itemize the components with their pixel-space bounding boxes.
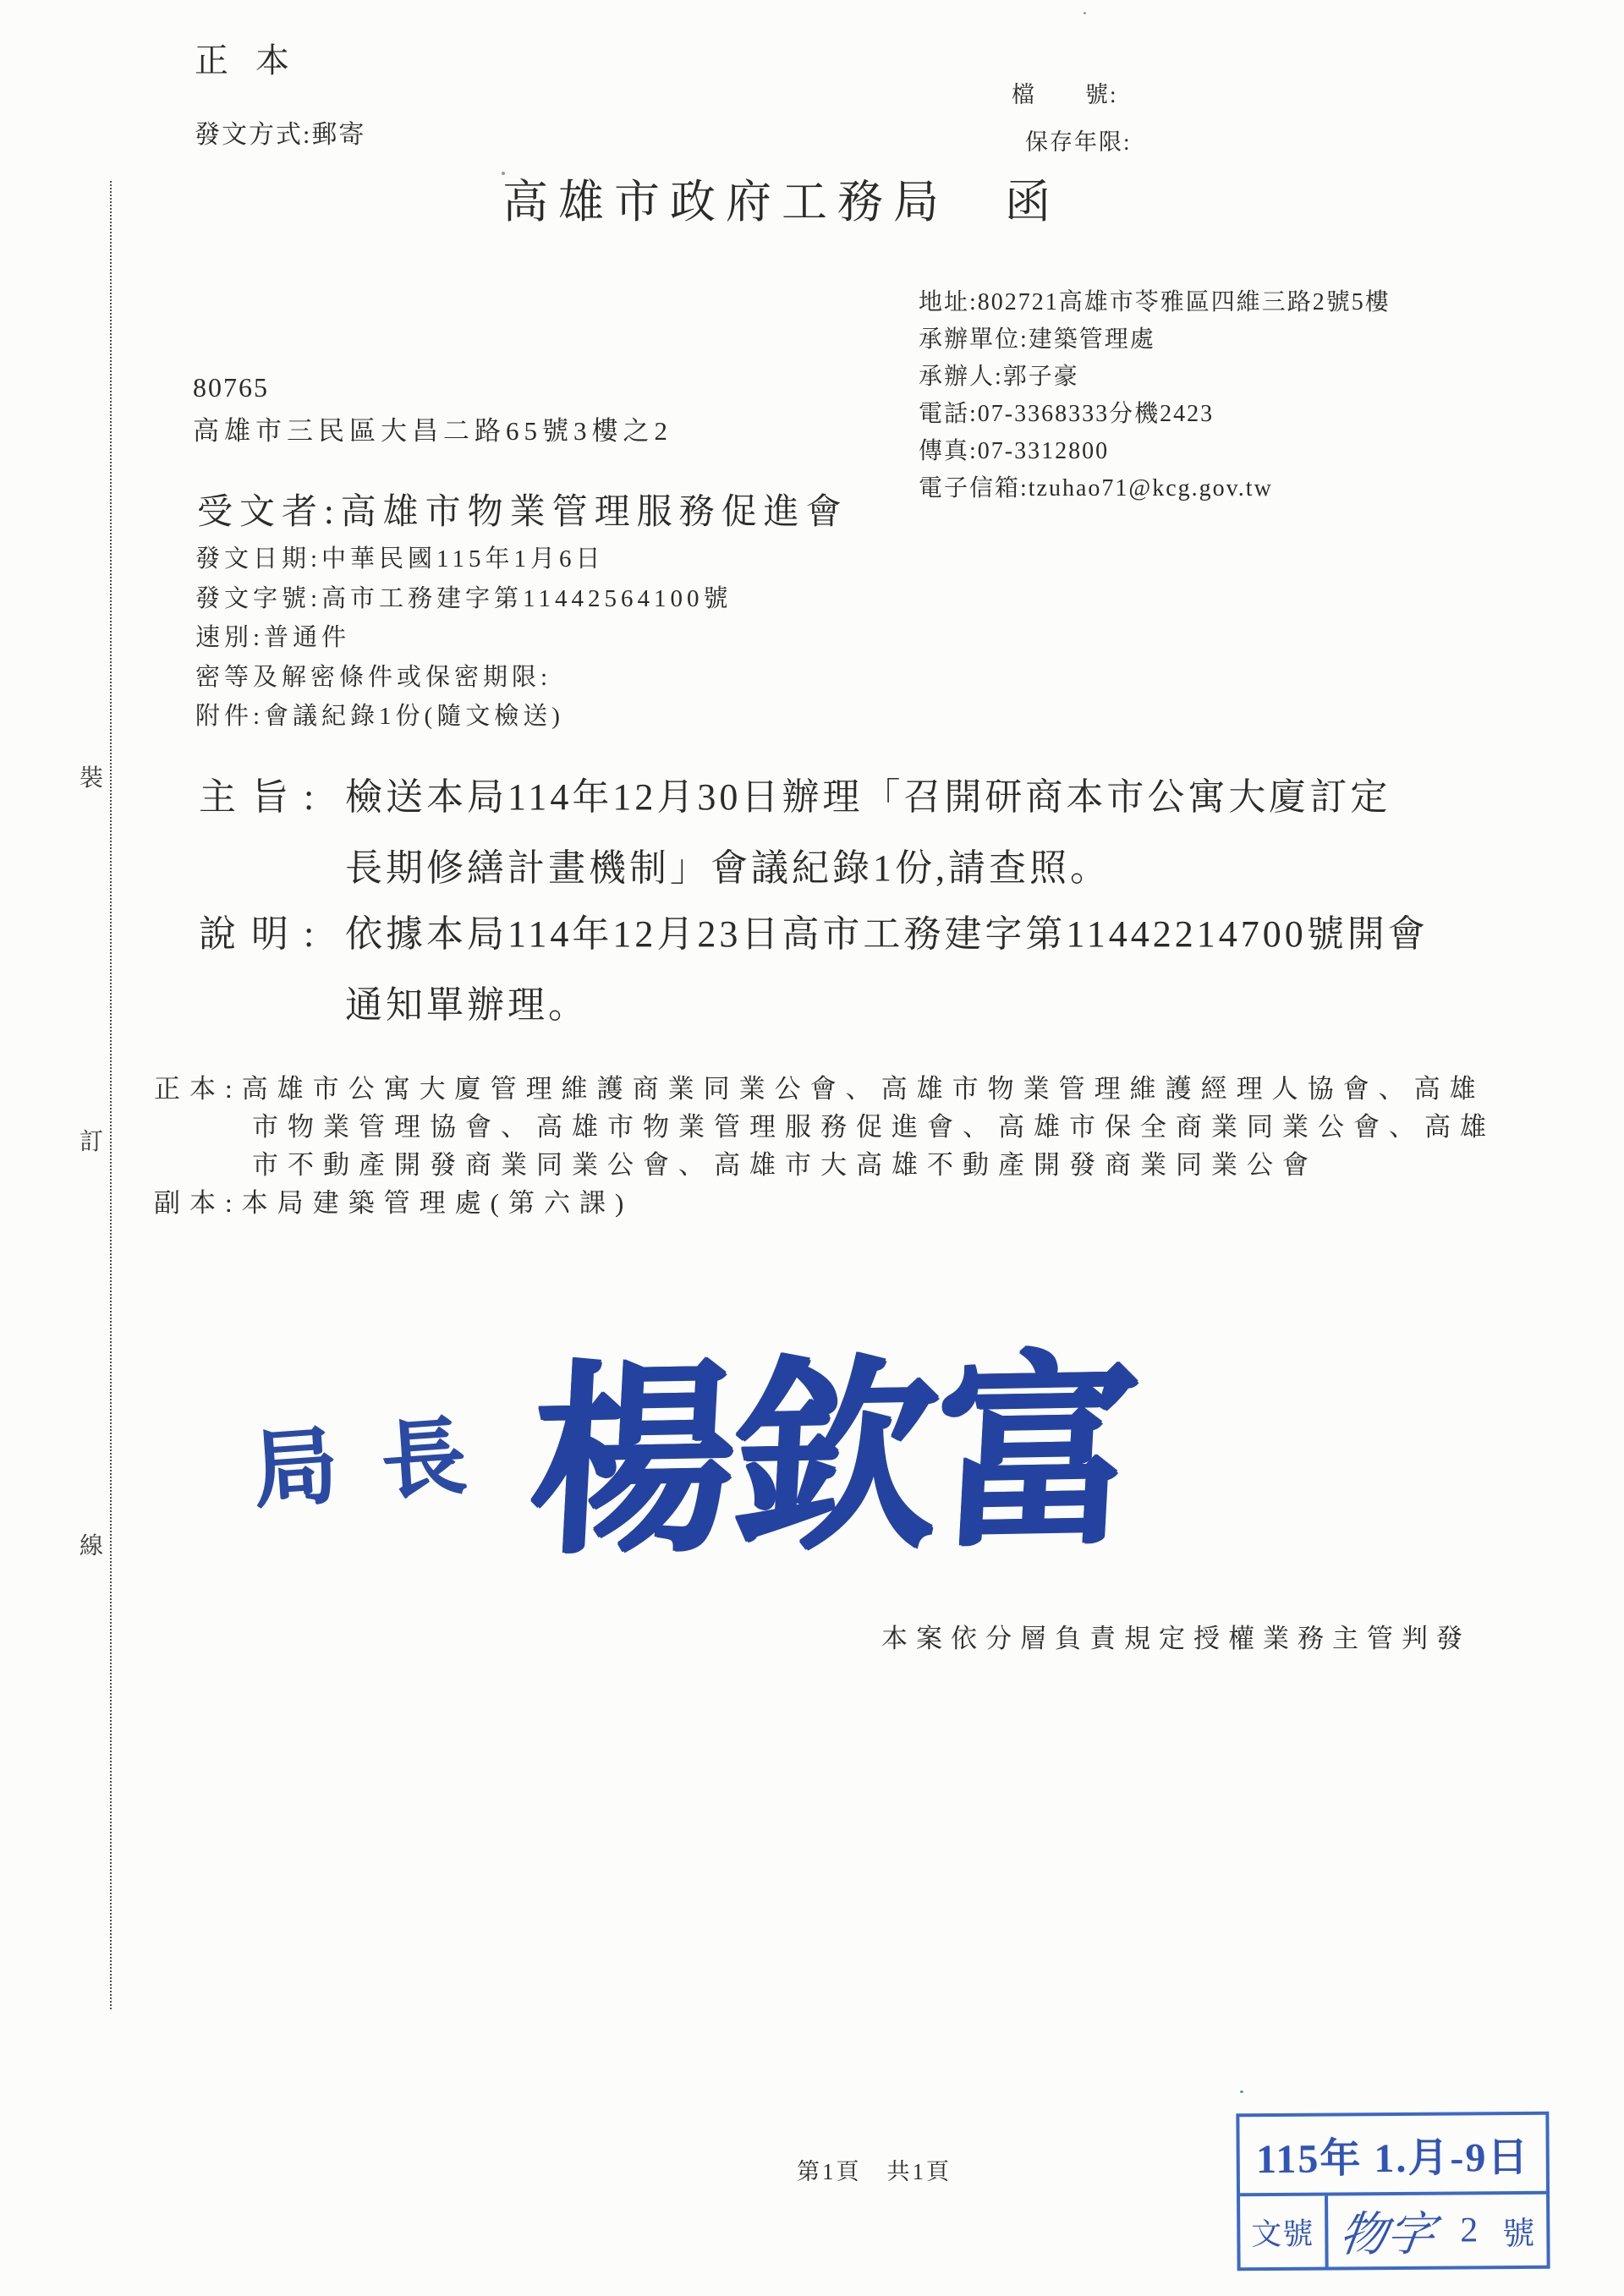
signer-title-calligraphy: 局長 <box>248 1385 513 1525</box>
agency-unit: 承辦單位:建築管理處 <box>919 321 1391 359</box>
document-meta-block: 發文日期:中華民國115年1月6日 發文字號:高市工務建字第1144256410… <box>195 540 732 737</box>
document-title: 高雄市政府工務局 函 <box>502 166 1061 231</box>
agency-email: 電子信箱:tzuhao71@kcg.gov.tw <box>919 470 1391 507</box>
retention-period-label: 保存年限: <box>1025 123 1132 156</box>
issue-date: 發文日期:中華民國115年1月6日 <box>195 540 732 579</box>
binding-char-xian: 線 <box>80 1527 103 1561</box>
description-line-1: 依據本局114年12月23日高市工務建字第11442214700號開會 <box>345 903 1429 957</box>
scan-speck <box>1084 12 1086 14</box>
copy-label: 副本: <box>154 1188 242 1218</box>
subject-label: 主旨: <box>199 766 329 820</box>
binding-dotted-line <box>110 181 112 2009</box>
stamp-date-row: 115年 1.月-9日 <box>1239 2115 1546 2194</box>
stamp-series-handwritten: 物字 <box>1336 2197 1440 2266</box>
attachment-note: 附件:會議紀錄1份(隨文檢送) <box>195 697 732 737</box>
scan-speck <box>502 172 505 175</box>
authorization-note: 本案依分層負責規定授權業務主管判發 <box>881 1617 1471 1655</box>
send-method-label: 發文方式:郵寄 <box>195 113 365 151</box>
agency-fax: 傳真:07-3312800 <box>919 433 1391 470</box>
original-label: 正本: <box>154 1074 242 1104</box>
original-recipients-line-1: 正本:高雄市公寓大廈管理維護商業同業公會、高雄市物業管理維護經理人協會、高雄 <box>154 1067 1485 1105</box>
scan-speck <box>1240 2091 1243 2093</box>
agency-contact-person: 承辦人:郭子豪 <box>919 359 1391 396</box>
file-number-label: 檔 號: <box>1012 76 1118 109</box>
signer-name-calligraphy: 楊欽富 <box>523 1287 1143 1592</box>
stamp-number: 2 <box>1460 2210 1478 2250</box>
binding-char-zhuang: 裝 <box>80 759 103 793</box>
page-number-info: 第1頁 共1頁 <box>797 2153 952 2186</box>
stamp-docno-label: 文號 <box>1240 2196 1329 2268</box>
subject-line-1: 檢送本局114年12月30日辦理「召開研商本市公寓大廈訂定 <box>345 766 1391 820</box>
agency-phone: 電話:07-3368333分機2423 <box>919 396 1391 433</box>
security-class: 密等及解密條件或保密期限: <box>195 658 732 698</box>
original-recipients-line-2: 市物業管理協會、高雄市物業管理服務促進會、高雄市保全商業同業公會、高雄 <box>252 1105 1495 1143</box>
doc-number: 發文字號:高市工務建字第11442564100號 <box>195 579 732 619</box>
agency-address: 地址:802721高雄市苓雅區四維三路2號5樓 <box>919 284 1391 321</box>
description-line-2: 通知單辦理。 <box>345 974 589 1028</box>
binding-char-ding: 訂 <box>80 1123 103 1157</box>
recipient-line: 受文者:高雄市物業管理服務促進會 <box>197 484 848 534</box>
subject-line-2: 長期修繕計畫機制」會議紀錄1份,請查照。 <box>345 837 1111 891</box>
stamp-docno-row: 文號 物字 2 號 <box>1240 2191 1547 2268</box>
agency-contact-block: 地址:802721高雄市苓雅區四維三路2號5樓 承辦單位:建築管理處 承辦人:郭… <box>919 284 1391 507</box>
received-date-stamp: 115年 1.月-9日 文號 物字 2 號 <box>1236 2112 1550 2271</box>
speed-class: 速別:普通件 <box>195 618 732 658</box>
original-recipients-line-3: 市不動產開發商業同業公會、高雄市大高雄不動產開發商業同業公會 <box>252 1143 1318 1181</box>
stamp-docno-value: 物字 2 號 <box>1328 2195 1547 2267</box>
stamp-number-suffix: 號 <box>1502 2206 1534 2253</box>
recipient-address: 高雄市三民區大昌二路65號3樓之2 <box>193 409 672 447</box>
copy-type-label: 正本 <box>195 34 316 82</box>
recipient-postal-code: 80765 <box>193 372 269 403</box>
stamp-date: 115年 1.月-9日 <box>1256 2123 1530 2184</box>
copy-recipients-line: 副本:本局建築管理處(第六課) <box>154 1181 633 1219</box>
description-label: 說明: <box>199 903 329 957</box>
scanned-official-letter: 裝 訂 線 正本 發文方式:郵寄 檔 號: 保存年限: 高雄市政府工務局 函 地… <box>0 0 1624 2296</box>
